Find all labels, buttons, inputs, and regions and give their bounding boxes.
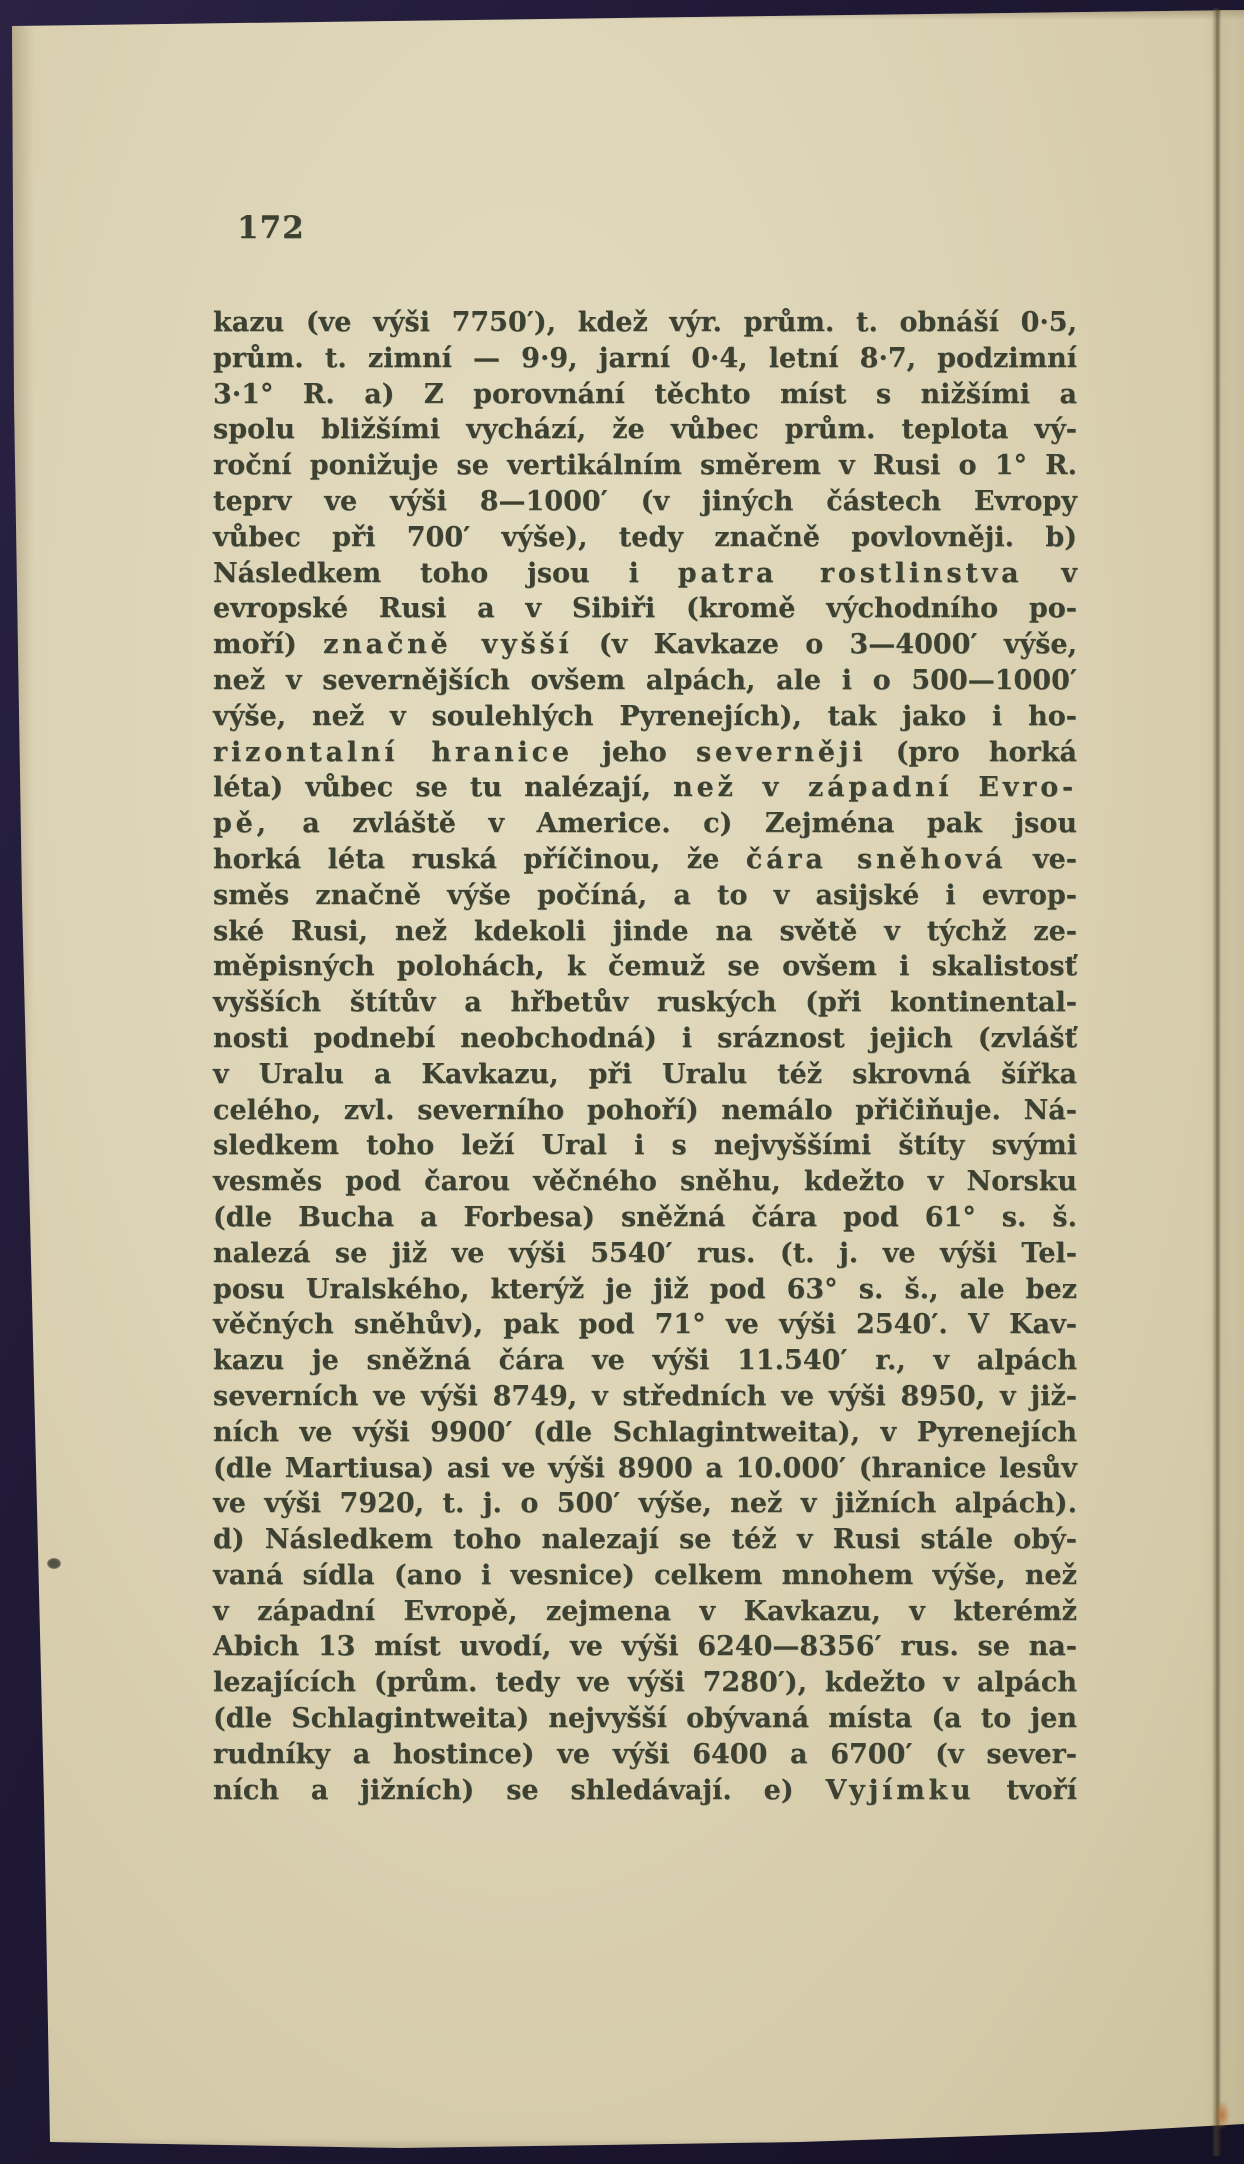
- text-line: teprv ve výši 8—1000′ (v jiných částech …: [213, 484, 1077, 520]
- text-line: vaná sídla (ano i vesnice) celkem mnohem…: [213, 1558, 1077, 1594]
- text-line: d) Následkem toho nalezají se též v Rusi…: [213, 1522, 1077, 1558]
- emphasized-text-segment: čára sněhová: [746, 844, 1006, 875]
- emphasized-text-segment: než v západní Evro-: [673, 772, 1077, 803]
- text-line: v západní Evropě, zejmena v Kavkazu, v k…: [213, 1594, 1077, 1630]
- text-line: ské Rusi, než kdekoli jinde na světě v t…: [213, 914, 1077, 950]
- text-line: severních ve výši 8749, v středních ve v…: [213, 1379, 1077, 1415]
- text-line: Abich 13 míst uvodí, ve výši 6240—8356′ …: [213, 1629, 1077, 1665]
- scan-root: { "page": { "number": "172", "paper_colo…: [0, 0, 1244, 2164]
- text-segment: v Uralu a Kavkazu, při Uralu též skrovná…: [213, 1059, 1077, 1090]
- emphasized-text-segment: severněji: [696, 737, 866, 768]
- text-line: vyšších štítův a hřbetův ruských (při ko…: [213, 985, 1077, 1021]
- text-segment: kazu (ve výši 7750′), kdež výr. prům. t.…: [213, 307, 1077, 338]
- text-line: prům. t. zimní — 9·9, jarní 0·4, letní 8…: [213, 341, 1077, 377]
- text-segment: teprv ve výši 8—1000′ (v jiných částech …: [213, 486, 1077, 517]
- text-segment: měpisných polohách, k čemuž se ovšem i s…: [213, 951, 1077, 982]
- text-segment: sledkem toho leží Ural i s nejvyššími št…: [213, 1130, 1077, 1161]
- text-segment: ních ve výši 9900′ (dle Schlagintweita),…: [213, 1417, 1077, 1448]
- text-segment: směs značně výše počíná, a to v asijské …: [213, 880, 1077, 911]
- text-line: věčných sněhův), pak pod 71° ve výši 254…: [213, 1307, 1077, 1343]
- rust-spot: [1214, 2100, 1230, 2130]
- text-line: nalezá se již ve výši 5540′ rus. (t. j. …: [213, 1236, 1077, 1272]
- text-segment: Následkem toho jsou i: [213, 558, 678, 589]
- text-segment: a zvláště v Americe. c) Zejména pak jsou: [270, 808, 1077, 839]
- text-segment: posu Uralského, kterýž je již pod 63° s.…: [213, 1274, 1077, 1305]
- text-line: rudníky a hostince) ve výši 6400 a 6700′…: [213, 1737, 1077, 1773]
- text-line: v Uralu a Kavkazu, při Uralu též skrovná…: [213, 1057, 1077, 1093]
- text-line: vesměs pod čarou věčného sněhu, kdežto v…: [213, 1164, 1077, 1200]
- text-segment: než v severnějších ovšem alpách, ale i o…: [213, 665, 1077, 696]
- text-segment: vůbec při 700′ výše), tedy značně povlov…: [213, 522, 1077, 553]
- text-line: rizontalní hranice jeho severněji (pro h…: [213, 735, 1077, 771]
- text-segment: nalezá se již ve výši 5540′ rus. (t. j. …: [213, 1238, 1077, 1269]
- text-segment: výše, než v soulehlých Pyrenejích), tak …: [213, 701, 1077, 732]
- emphasized-text-segment: značně vyšší: [323, 629, 572, 660]
- emphasized-text-segment: patra rostlinstva: [678, 558, 1023, 589]
- text-line: roční ponižuje se vertikálním směrem v R…: [213, 448, 1077, 484]
- text-segment: věčných sněhův), pak pod 71° ve výši 254…: [213, 1309, 1077, 1340]
- text-line: (dle Bucha a Forbesa) sněžná čára pod 61…: [213, 1200, 1077, 1236]
- text-line: (dle Martiusa) asi ve výši 8900 a 10.000…: [213, 1451, 1077, 1487]
- emphasized-text-segment: Vyjímku: [826, 1775, 975, 1806]
- text-segment: v: [1022, 558, 1077, 589]
- text-line: než v severnějších ovšem alpách, ale i o…: [213, 663, 1077, 699]
- text-line: 3·1° R. a) Z porovnání těchto míst s niž…: [213, 377, 1077, 413]
- text-line: celého, zvl. severního pohoří) nemálo př…: [213, 1093, 1077, 1129]
- text-line: lezajících (prům. tedy ve výši 7280′), k…: [213, 1665, 1077, 1701]
- text-segment: v západní Evropě, zejmena v Kavkazu, v k…: [213, 1596, 1077, 1627]
- ink-speck: [47, 1558, 61, 1569]
- text-line: kazu (ve výši 7750′), kdež výr. prům. t.…: [213, 305, 1077, 341]
- page-crease: [1212, 8, 1221, 2156]
- text-line: léta) vůbec se tu nalézají, než v západn…: [213, 770, 1077, 806]
- text-line: sledkem toho leží Ural i s nejvyššími št…: [213, 1128, 1077, 1164]
- text-segment: ve výši 7920, t. j. o 500′ výše, než v j…: [213, 1488, 1077, 1519]
- text-segment: (dle Martiusa) asi ve výši 8900 a 10.000…: [213, 1453, 1077, 1484]
- emphasized-text-segment: rizontalní hranice: [213, 737, 573, 768]
- text-line: Následkem toho jsou i patra rostlinstva …: [213, 556, 1077, 592]
- adjacent-page-edge: [1221, 10, 1244, 2122]
- text-segment: rudníky a hostince) ve výši 6400 a 6700′…: [213, 1739, 1077, 1770]
- page-number: 172: [237, 210, 305, 246]
- text-line: kazu je sněžná čára ve výši 11.540′ r., …: [213, 1343, 1077, 1379]
- text-line: měpisných polohách, k čemuž se ovšem i s…: [213, 949, 1077, 985]
- text-segment: spolu bližšími vychází, že vůbec prům. t…: [213, 414, 1077, 445]
- text-line: nosti podnebí neobchodná) i sráznost jej…: [213, 1021, 1077, 1057]
- text-segment: jeho: [573, 737, 696, 768]
- text-segment: evropské Rusi a v Sibiři (kromě východní…: [213, 593, 1077, 624]
- text-line: směs značně výše počíná, a to v asijské …: [213, 878, 1077, 914]
- text-segment: ské Rusi, než kdekoli jinde na světě v t…: [213, 916, 1077, 947]
- text-line: evropské Rusi a v Sibiři (kromě východní…: [213, 591, 1077, 627]
- text-segment: (dle Schlagintweita) nejvyšší obývaná mí…: [213, 1703, 1077, 1734]
- text-segment: (pro horká: [866, 737, 1077, 768]
- text-line: výše, než v soulehlých Pyrenejích), tak …: [213, 699, 1077, 735]
- text-segment: nosti podnebí neobchodná) i sráznost jej…: [213, 1023, 1077, 1054]
- text-segment: vyšších štítův a hřbetův ruských (při ko…: [213, 987, 1077, 1018]
- text-segment: vaná sídla (ano i vesnice) celkem mnohem…: [213, 1560, 1077, 1591]
- text-segment: léta) vůbec se tu nalézají,: [213, 772, 673, 803]
- book-page: 172 kazu (ve výši 7750′), kdež výr. prům…: [0, 0, 1244, 2164]
- text-line: pě, a zvláště v Americe. c) Zejména pak …: [213, 806, 1077, 842]
- text-line: moří) značně vyšší (v Kavkaze o 3—4000′ …: [213, 627, 1077, 663]
- text-segment: (v Kavkaze o 3—4000′ výše,: [573, 629, 1077, 660]
- text-line: vůbec při 700′ výše), tedy značně povlov…: [213, 520, 1077, 556]
- text-segment: severních ve výši 8749, v středních ve v…: [213, 1381, 1077, 1412]
- text-line: (dle Schlagintweita) nejvyšší obývaná mí…: [213, 1701, 1077, 1737]
- text-segment: 3·1° R. a) Z porovnání těchto míst s niž…: [213, 379, 1077, 410]
- text-line: spolu bližšími vychází, že vůbec prům. t…: [213, 412, 1077, 448]
- text-line: ve výši 7920, t. j. o 500′ výše, než v j…: [213, 1486, 1077, 1522]
- text-segment: tvoří: [974, 1775, 1077, 1806]
- text-segment: lezajících (prům. tedy ve výši 7280′), k…: [213, 1667, 1077, 1698]
- text-segment: kazu je sněžná čára ve výši 11.540′ r., …: [213, 1345, 1077, 1376]
- text-segment: celého, zvl. severního pohoří) nemálo př…: [213, 1095, 1077, 1126]
- text-segment: prům. t. zimní — 9·9, jarní 0·4, letní 8…: [213, 343, 1077, 374]
- body-text: kazu (ve výši 7750′), kdež výr. prům. t.…: [213, 305, 1077, 1808]
- text-segment: d) Následkem toho nalezají se též v Rusi…: [213, 1524, 1077, 1555]
- text-segment: roční ponižuje se vertikálním směrem v R…: [213, 450, 1077, 481]
- text-segment: moří): [213, 629, 323, 660]
- emphasized-text-segment: pě,: [213, 808, 270, 839]
- text-segment: vesměs pod čarou věčného sněhu, kdežto v…: [213, 1166, 1077, 1197]
- text-line: posu Uralského, kterýž je již pod 63° s.…: [213, 1272, 1077, 1308]
- text-segment: ních a jižních) se shledávají. e): [213, 1775, 826, 1806]
- text-segment: horká léta ruská příčinou, že: [213, 844, 746, 875]
- text-segment: ve-: [1006, 844, 1077, 875]
- text-line: horká léta ruská příčinou, že čára sněho…: [213, 842, 1077, 878]
- text-line: ních ve výši 9900′ (dle Schlagintweita),…: [213, 1415, 1077, 1451]
- text-segment: (dle Bucha a Forbesa) sněžná čára pod 61…: [213, 1202, 1077, 1233]
- text-line: ních a jižních) se shledávají. e) Vyjímk…: [213, 1773, 1077, 1809]
- text-segment: Abich 13 míst uvodí, ve výši 6240—8356′ …: [213, 1631, 1077, 1662]
